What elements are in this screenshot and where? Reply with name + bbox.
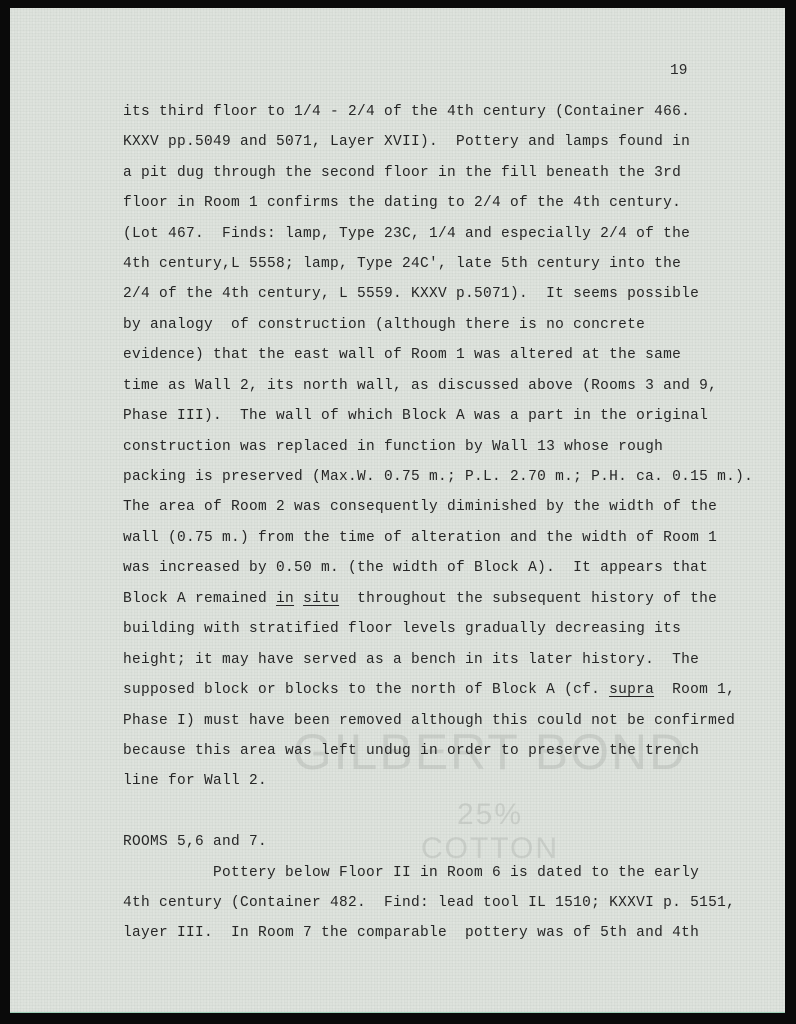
text-line: The area of Room 2 was consequently dimi… [123, 499, 717, 515]
watermark-cotton: 25% COTTON [390, 798, 590, 866]
text-line: Phase I) must have been removed although… [123, 713, 735, 729]
text-line: wall (0.75 m.) from the time of alterati… [123, 530, 717, 546]
section-heading: ROOMS 5,6 and 7. [123, 834, 267, 850]
text-line: KXXV pp.5049 and 5071, Layer XVII). Pott… [123, 134, 690, 150]
underlined-term: supra [609, 682, 654, 698]
text-line: construction was replaced in function by… [123, 439, 663, 455]
text-line: (Lot 467. Finds: lamp, Type 23C, 1/4 and… [123, 226, 690, 242]
text-line: packing is preserved (Max.W. 0.75 m.; P.… [123, 469, 753, 485]
text-span: supposed block or blocks to the north of… [123, 682, 609, 698]
text-line: was increased by 0.50 m. (the width of B… [123, 560, 708, 576]
text-line: its third floor to 1/4 - 2/4 of the 4th … [123, 104, 690, 120]
text-line: floor in Room 1 confirms the dating to 2… [123, 195, 681, 211]
text-line: a pit dug through the second floor in th… [123, 165, 681, 181]
text-line: evidence) that the east wall of Room 1 w… [123, 347, 681, 363]
text-span [294, 591, 303, 607]
underlined-term: situ [303, 591, 339, 607]
text-line: 4th century,L 5558; lamp, Type 24C', lat… [123, 256, 681, 272]
underlined-term: in [276, 591, 294, 607]
text-line: building with stratified floor levels gr… [123, 621, 681, 637]
page-number: 19 [670, 63, 687, 79]
text-line: line for Wall 2. [123, 773, 267, 789]
text-line: layer III. In Room 7 the comparable pott… [123, 925, 699, 941]
text-line: by analogy of construction (although the… [123, 317, 645, 333]
text-line: 4th century (Container 482. Find: lead t… [123, 895, 735, 911]
text-line: height; it may have served as a bench in… [123, 652, 699, 668]
text-line: Block A remained in situ throughout the … [123, 591, 717, 607]
text-line: Pottery below Floor II in Room 6 is date… [123, 865, 699, 881]
text-span: Block A remained [123, 591, 276, 607]
text-span: throughout the subsequent history of the [339, 591, 717, 607]
document-page: GILBERT BOND 25% COTTON 19 its third flo… [10, 8, 785, 1013]
text-line: supposed block or blocks to the north of… [123, 682, 735, 698]
text-span: Room 1, [654, 682, 735, 698]
text-line: Phase III). The wall of which Block A wa… [123, 408, 708, 424]
text-line: time as Wall 2, its north wall, as discu… [123, 378, 717, 394]
text-line: because this area was left undug in orde… [123, 743, 699, 759]
text-line: 2/4 of the 4th century, L 5559. KXXV p.5… [123, 286, 699, 302]
